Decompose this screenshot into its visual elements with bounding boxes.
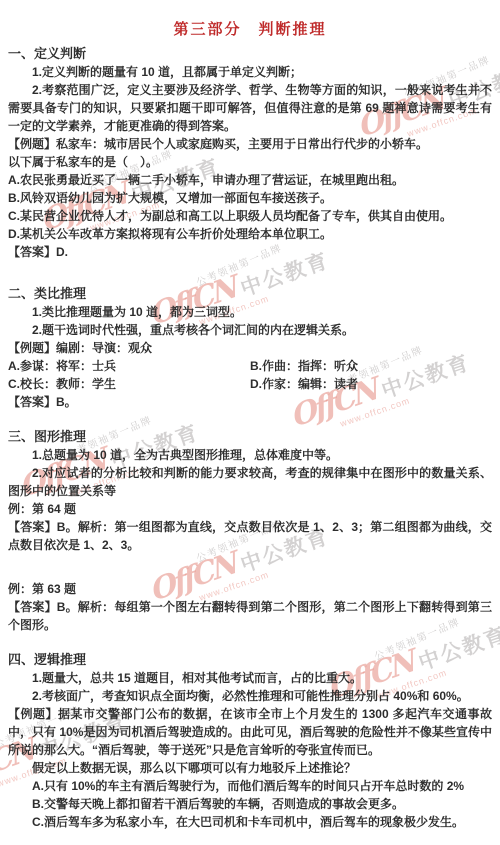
example-label: 例：第 63 题 xyxy=(8,580,492,598)
answer-paragraph: 【答案】B。解析：第一组图都为直线，交点数目依次是 1、2、3；第二组图都为曲线… xyxy=(8,518,492,554)
option-item-a: A.参谋：将军：士兵 xyxy=(8,357,250,375)
point-paragraph: 2.对应试者的分析比较和判断的能力要求较高，考查的规律集中在图形中的数量关系、图… xyxy=(8,464,492,500)
example-paragraph: 【例题】编剧：导演：观众 xyxy=(8,339,492,357)
point-paragraph: 2.考核面广，考查知识点全面均衡，必然性推理和可能性推理分别占 40%和 60%… xyxy=(8,687,492,705)
option-item-b: B.交警每天晚上都扣留若干酒后驾驶的车辆，否则造成的事故会更多。 xyxy=(8,795,492,813)
option-item-d: D.作家：编辑：读者 xyxy=(250,375,492,393)
option-item-c: C.某民营企业优待人才，为副总和高工以上职级人员均配备了专车，供其自由使用。 xyxy=(8,207,492,225)
point-paragraph: 1.定义判断的题量有 10 道，且都属于单定义判断； xyxy=(8,63,492,81)
option-item-a: A.只有 10%的车主有酒后驾驶行为，而他们酒后驾车的时间只占开车总时数的 2% xyxy=(8,777,492,795)
point-paragraph: 1.总题量为 10 道，全为古典型图形推理，总体难度中等。 xyxy=(8,446,492,464)
section-heading: 四、逻辑推理 xyxy=(8,651,492,669)
document-content: 第三部分 判断推理 一、定义判断 1.定义判断的题量有 10 道，且都属于单定义… xyxy=(0,0,500,831)
option-row: C.校长：教师：学生 D.作家：编辑：读者 xyxy=(8,375,492,393)
option-item-b: B.作曲：指挥：听众 xyxy=(250,357,492,375)
option-item-d: D.某机关公车改革方案拟将现有公车折价处理给本单位职工。 xyxy=(8,225,492,243)
section-logical-reasoning: 四、逻辑推理 1.题量大，总共 15 道题目，相对其他考试而言，占的比重大。 2… xyxy=(8,651,492,831)
section-heading: 三、图形推理 xyxy=(8,428,492,446)
option-item-c: C.校长：教师：学生 xyxy=(8,375,250,393)
option-item-c: C.酒后驾车多为私家小车，在大巴司机和卡车司机中，酒后驾车的现象极少发生。 xyxy=(8,813,492,831)
answer-paragraph: 【答案】B。解析：每组第一个图左右翻转得到第二个图形，第二个图形上下翻转得到第三… xyxy=(8,598,492,634)
example-paragraph: 【例题】据某市交警部门公布的数据，在该市全市上个月发生的 1300 多起汽车交通… xyxy=(8,705,492,759)
answer-paragraph: 【答案】B。 xyxy=(8,393,492,411)
point-paragraph: 1.题量大，总共 15 道题目，相对其他考试而言，占的比重大。 xyxy=(8,669,492,687)
question-paragraph: 以下属于私家车的是（ ）。 xyxy=(8,153,492,171)
example-paragraph: 【例题】私家车：城市居民个人或家庭购买，主要用于日常出行代步的小轿车。 xyxy=(8,135,492,153)
option-item-a: A.农民张勇最近买了一辆二手小轿车，申请办理了营运证，在城里跑出租。 xyxy=(8,171,492,189)
section-heading: 二、类比推理 xyxy=(8,285,492,303)
option-item-b: B.风铃双语幼儿园为扩大规模，又增加一部面包车接送孩子。 xyxy=(8,189,492,207)
example-label: 例：第 64 题 xyxy=(8,500,492,518)
page-title: 第三部分 判断推理 xyxy=(8,20,492,39)
answer-paragraph: 【答案】D. xyxy=(8,243,492,261)
point-paragraph: 2.考察范围广泛，定义主要涉及经济学、哲学、生物等方面的知识，一般来说考生并不需… xyxy=(8,81,492,135)
section-definition-judgment: 一、定义判断 1.定义判断的题量有 10 道，且都属于单定义判断； 2.考察范围… xyxy=(8,45,492,261)
point-paragraph: 2.题干选词时代性强，重点考核各个词汇间的内在逻辑关系。 xyxy=(8,321,492,339)
section-figure-reasoning: 三、图形推理 1.总题量为 10 道，全为古典型图形推理，总体难度中等。 2.对… xyxy=(8,428,492,634)
point-paragraph: 1.类比推理题量为 10 道，都为三词型。 xyxy=(8,303,492,321)
section-analogy-reasoning: 二、类比推理 1.类比推理题量为 10 道，都为三词型。 2.题干选词时代性强，… xyxy=(8,285,492,411)
option-row: A.参谋：将军：士兵 B.作曲：指挥：听众 xyxy=(8,357,492,375)
document-page: 公考领袖第一品牌 OffCN 中公教育 www.offcn.com 公考领袖第一… xyxy=(0,0,500,845)
question-paragraph: 假定以上数据无误，那么以下哪项可以有力地驳斥上述推论？ xyxy=(8,759,492,777)
section-heading: 一、定义判断 xyxy=(8,45,492,63)
